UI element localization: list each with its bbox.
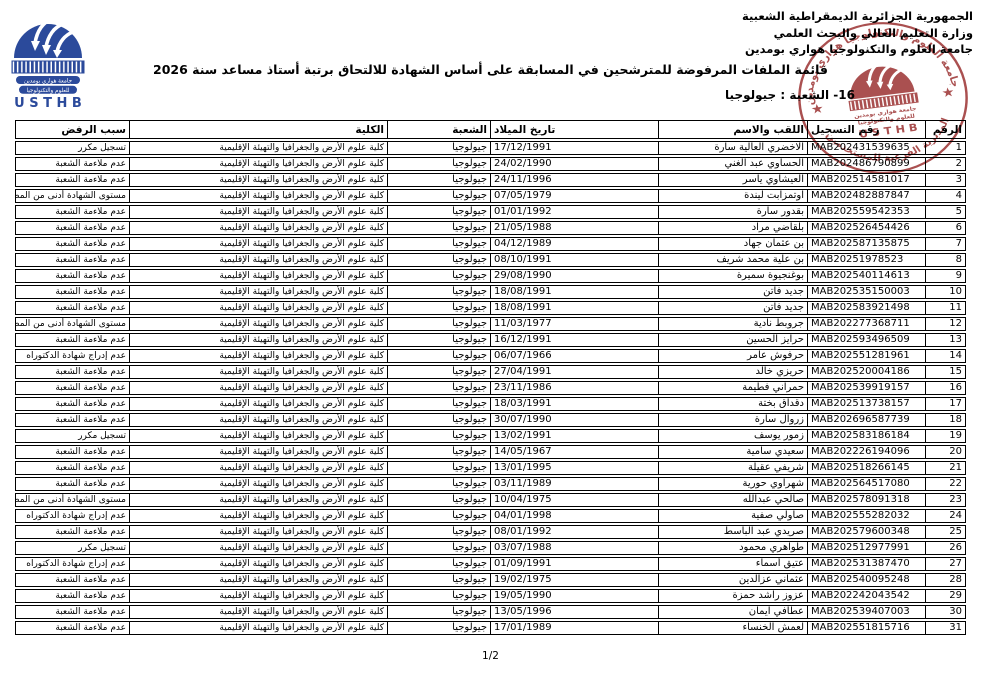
cell-num: 26	[925, 541, 966, 555]
cell-num: 6	[925, 221, 966, 235]
cell-reason: عدم ملاءمة الشعبة	[15, 621, 129, 635]
cell-faculty: كلية علوم الأرض والجغرافيا والتهيئة الإق…	[129, 381, 387, 395]
cell-branch: جيولوجيا	[387, 237, 490, 251]
cell-reason: عدم ملاءمة الشعبة	[15, 173, 129, 187]
cell-reason: عدم إدراج شهادة الدكتوراه	[15, 557, 129, 571]
cell-dob: 18/08/1991	[490, 285, 658, 299]
cell-dob: 18/03/1991	[490, 397, 658, 411]
cell-dob: 27/04/1991	[490, 365, 658, 379]
cell-branch: جيولوجيا	[387, 381, 490, 395]
cell-faculty: كلية علوم الأرض والجغرافيا والتهيئة الإق…	[129, 317, 387, 331]
cell-name: صاولي صفية	[658, 509, 807, 523]
rejected-files-table: الرقمرقم التسجيلاللقب والاسمتاريخ الميلا…	[15, 118, 966, 637]
cell-faculty: كلية علوم الأرض والجغرافيا والتهيئة الإق…	[129, 237, 387, 251]
cell-name: بوغنجيوة سميرة	[658, 269, 807, 283]
cell-dob: 13/05/1996	[490, 605, 658, 619]
cell-num: 3	[925, 173, 966, 187]
cell-dob: 24/02/1990	[490, 157, 658, 171]
cell-dob: 21/05/1988	[490, 221, 658, 235]
cell-reg: MAB202564517080	[807, 477, 925, 491]
cell-dob: 13/01/1995	[490, 461, 658, 475]
cell-branch: جيولوجيا	[387, 269, 490, 283]
cell-reg: MAB202512977991	[807, 541, 925, 555]
cell-reg: MAB202520004186	[807, 365, 925, 379]
cell-name: عثماني عزالدين	[658, 573, 807, 587]
cell-reason: تسجيل مكرر	[15, 141, 129, 155]
cell-branch: جيولوجيا	[387, 621, 490, 635]
cell-reg: MAB202518266145	[807, 461, 925, 475]
cell-reg: MAB202579600348	[807, 525, 925, 539]
cell-num: 29	[925, 589, 966, 603]
cell-dob: 11/03/1977	[490, 317, 658, 331]
document-page: { "header": { "gov_lines": [ "الجمهورية …	[0, 0, 981, 676]
cell-reg: MAB202514581017	[807, 173, 925, 187]
cell-faculty: كلية علوم الأرض والجغرافيا والتهيئة الإق…	[129, 365, 387, 379]
cell-dob: 01/01/1992	[490, 205, 658, 219]
cell-reason: عدم إدراج شهادة الدكتوراه	[15, 509, 129, 523]
cell-dob: 19/02/1975	[490, 573, 658, 587]
cell-num: 31	[925, 621, 966, 635]
table-row: 13MAB202593496509حرايز الحسين16/12/1991ج…	[15, 333, 966, 347]
cell-faculty: كلية علوم الأرض والجغرافيا والتهيئة الإق…	[129, 221, 387, 235]
cell-num: 15	[925, 365, 966, 379]
cell-num: 10	[925, 285, 966, 299]
cell-dob: 01/09/1991	[490, 557, 658, 571]
cell-faculty: كلية علوم الأرض والجغرافيا والتهيئة الإق…	[129, 477, 387, 491]
cell-branch: جيولوجيا	[387, 141, 490, 155]
cell-name: بن علية محمد شريف	[658, 253, 807, 267]
cell-faculty: كلية علوم الأرض والجغرافيا والتهيئة الإق…	[129, 349, 387, 363]
table-row: 8MAB20251978523بن علية محمد شريف08/10/19…	[15, 253, 966, 267]
cell-name: حمراني فطيمة	[658, 381, 807, 395]
cell-reg: MAB202513738157	[807, 397, 925, 411]
cell-reason: عدم ملاءمة الشعبة	[15, 573, 129, 587]
cell-reason: عدم ملاءمة الشعبة	[15, 157, 129, 171]
cell-faculty: كلية علوم الأرض والجغرافيا والتهيئة الإق…	[129, 589, 387, 603]
cell-reason: مستوى الشهادة أدنى من المطلوب	[15, 317, 129, 331]
cell-branch: جيولوجيا	[387, 365, 490, 379]
cell-reason: عدم ملاءمة الشعبة	[15, 253, 129, 267]
cell-num: 2	[925, 157, 966, 171]
cell-branch: جيولوجيا	[387, 605, 490, 619]
cell-reason: تسجيل مكرر	[15, 541, 129, 555]
table-row: 5MAB202559542353بقدور سارة01/01/1992جيول…	[15, 205, 966, 219]
stamp-star-right-icon: ★	[941, 85, 956, 102]
table-row: 15MAB202520004186حريزي خالد27/04/1991جيو…	[15, 365, 966, 379]
cell-reason: عدم ملاءمة الشعبة	[15, 477, 129, 491]
cell-branch: جيولوجيا	[387, 173, 490, 187]
cell-faculty: كلية علوم الأرض والجغرافيا والتهيئة الإق…	[129, 557, 387, 571]
cell-faculty: كلية علوم الأرض والجغرافيا والتهيئة الإق…	[129, 413, 387, 427]
column-header-faculty: الكلية	[129, 120, 387, 139]
cell-reg: MAB202431539635	[807, 141, 925, 155]
cell-faculty: كلية علوم الأرض والجغرافيا والتهيئة الإق…	[129, 429, 387, 443]
cell-faculty: كلية علوم الأرض والجغرافيا والتهيئة الإق…	[129, 189, 387, 203]
cell-reg: MAB202551815716	[807, 621, 925, 635]
cell-reg: MAB202540114613	[807, 269, 925, 283]
cell-num: 21	[925, 461, 966, 475]
cell-reason: تسجيل مكرر	[15, 429, 129, 443]
table-row: 22MAB202564517080شهراوي حورية03/11/1989ج…	[15, 477, 966, 491]
cell-reg: MAB202587135875	[807, 237, 925, 251]
cell-name: العيشاوي ياسر	[658, 173, 807, 187]
table-row: 4MAB202482887847اوتمزابت ليندة07/05/1979…	[15, 189, 966, 203]
table-row: 31MAB202551815716لعمش الخنساء17/01/1989ج…	[15, 621, 966, 635]
cell-num: 20	[925, 445, 966, 459]
cell-reason: عدم ملاءمة الشعبة	[15, 589, 129, 603]
cell-name: طواهري محمود	[658, 541, 807, 555]
table-row: 3MAB202514581017العيشاوي ياسر24/11/1996ج…	[15, 173, 966, 187]
cell-name: الحساوي عبد الغني	[658, 157, 807, 171]
cell-faculty: كلية علوم الأرض والجغرافيا والتهيئة الإق…	[129, 541, 387, 555]
cell-reg: MAB202583186184	[807, 429, 925, 443]
table-row: 12MAB202277368711جروبط نادية11/03/1977جي…	[15, 317, 966, 331]
cell-reason: مستوى الشهادة أدنى من المطلوب	[15, 189, 129, 203]
cell-branch: جيولوجيا	[387, 189, 490, 203]
table-row: 26MAB202512977991طواهري محمود03/07/1988ج…	[15, 541, 966, 555]
cell-faculty: كلية علوم الأرض والجغرافيا والتهيئة الإق…	[129, 605, 387, 619]
cell-reason: عدم ملاءمة الشعبة	[15, 365, 129, 379]
cell-branch: جيولوجيا	[387, 525, 490, 539]
cell-reg: MAB202540095248	[807, 573, 925, 587]
cell-num: 5	[925, 205, 966, 219]
cell-faculty: كلية علوم الأرض والجغرافيا والتهيئة الإق…	[129, 621, 387, 635]
cell-name: جديد فاتن	[658, 285, 807, 299]
cell-branch: جيولوجيا	[387, 493, 490, 507]
table-row: 30MAB202539407003عطافي ايمان13/05/1996جي…	[15, 605, 966, 619]
cell-reg: MAB202482887847	[807, 189, 925, 203]
cell-branch: جيولوجيا	[387, 445, 490, 459]
cell-dob: 08/10/1991	[490, 253, 658, 267]
cell-faculty: كلية علوم الأرض والجغرافيا والتهيئة الإق…	[129, 157, 387, 171]
cell-name: جديد فاتن	[658, 301, 807, 315]
cell-num: 8	[925, 253, 966, 267]
cell-dob: 04/01/1998	[490, 509, 658, 523]
column-header-branch: الشعبة	[387, 120, 490, 139]
cell-num: 4	[925, 189, 966, 203]
cell-reg: MAB202526454426	[807, 221, 925, 235]
column-header-reason: سبب الرفض	[15, 120, 129, 139]
cell-reg: MAB202535150003	[807, 285, 925, 299]
cell-branch: جيولوجيا	[387, 461, 490, 475]
cell-reg: MAB202578091318	[807, 493, 925, 507]
gov-line-republic: الجمهورية الجزائرية الديمقراطية الشعبية	[742, 8, 973, 25]
cell-reason: عدم ملاءمة الشعبة	[15, 397, 129, 411]
cell-reason: عدم ملاءمة الشعبة	[15, 333, 129, 347]
column-header-num: الرقم	[925, 120, 966, 139]
svg-text:جامعة هواري بومدين: جامعة هواري بومدين	[24, 78, 73, 84]
cell-reason: عدم ملاءمة الشعبة	[15, 301, 129, 315]
cell-faculty: كلية علوم الأرض والجغرافيا والتهيئة الإق…	[129, 205, 387, 219]
cell-branch: جيولوجيا	[387, 349, 490, 363]
cell-dob: 17/01/1989	[490, 621, 658, 635]
cell-dob: 30/07/1990	[490, 413, 658, 427]
cell-name: زمور يوسف	[658, 429, 807, 443]
table-row: 11MAB202583921498جديد فاتن18/08/1991جيول…	[15, 301, 966, 315]
cell-reg: MAB202277368711	[807, 317, 925, 331]
table-row: 16MAB202539919157حمراني فطيمة23/11/1986ج…	[15, 381, 966, 395]
cell-dob: 24/11/1996	[490, 173, 658, 187]
cell-reason: عدم ملاءمة الشعبة	[15, 237, 129, 251]
cell-dob: 03/11/1989	[490, 477, 658, 491]
cell-faculty: كلية علوم الأرض والجغرافيا والتهيئة الإق…	[129, 269, 387, 283]
cell-faculty: كلية علوم الأرض والجغرافيا والتهيئة الإق…	[129, 301, 387, 315]
cell-reason: عدم ملاءمة الشعبة	[15, 445, 129, 459]
table-row: 23MAB202578091318صالحي عبدالله10/04/1975…	[15, 493, 966, 507]
cell-branch: جيولوجيا	[387, 397, 490, 411]
cell-reason: عدم إدراج شهادة الدكتوراه	[15, 349, 129, 363]
cell-reg: MAB202559542353	[807, 205, 925, 219]
cell-reason: عدم ملاءمة الشعبة	[15, 381, 129, 395]
cell-num: 23	[925, 493, 966, 507]
svg-text:للعلوم والتكنولوجيا: للعلوم والتكنولوجيا	[27, 87, 70, 94]
cell-reason: عدم ملاءمة الشعبة	[15, 205, 129, 219]
cell-branch: جيولوجيا	[387, 413, 490, 427]
cell-name: بقدور سارة	[658, 205, 807, 219]
cell-branch: جيولوجيا	[387, 333, 490, 347]
cell-branch: جيولوجيا	[387, 301, 490, 315]
cell-dob: 10/04/1975	[490, 493, 658, 507]
cell-name: لعمش الخنساء	[658, 621, 807, 635]
table-header-row: الرقمرقم التسجيلاللقب والاسمتاريخ الميلا…	[15, 120, 966, 139]
cell-name: زروال سارة	[658, 413, 807, 427]
cell-name: بن عثمان جهاد	[658, 237, 807, 251]
cell-num: 30	[925, 605, 966, 619]
cell-faculty: كلية علوم الأرض والجغرافيا والتهيئة الإق…	[129, 573, 387, 587]
cell-dob: 06/07/1966	[490, 349, 658, 363]
cell-branch: جيولوجيا	[387, 557, 490, 571]
cell-num: 16	[925, 381, 966, 395]
cell-dob: 17/12/1991	[490, 141, 658, 155]
cell-name: دقداق بختة	[658, 397, 807, 411]
cell-num: 9	[925, 269, 966, 283]
cell-dob: 08/01/1992	[490, 525, 658, 539]
column-header-name: اللقب والاسم	[658, 120, 807, 139]
cell-num: 17	[925, 397, 966, 411]
cell-reason: عدم ملاءمة الشعبة	[15, 285, 129, 299]
gov-line-university: جامعة العلوم والتكنولوجيا هواري بومدين	[742, 41, 973, 58]
cell-name: حريزي خالد	[658, 365, 807, 379]
cell-reg: MAB202539919157	[807, 381, 925, 395]
specialty-subtitle: 16- الشعبة : جيولوجيا	[725, 88, 855, 102]
gov-line-ministry: وزارة التعليم العالي والبحث العلمي	[742, 25, 973, 42]
cell-reg: MAB202696587739	[807, 413, 925, 427]
cell-branch: جيولوجيا	[387, 589, 490, 603]
page-number: 1/2	[0, 650, 981, 662]
cell-num: 19	[925, 429, 966, 443]
cell-faculty: كلية علوم الأرض والجغرافيا والتهيئة الإق…	[129, 333, 387, 347]
table-row: 29MAB202242043542عزوز راشد حمزة19/05/199…	[15, 589, 966, 603]
table-row: 18MAB202696587739زروال سارة30/07/1990جيو…	[15, 413, 966, 427]
table-row: 1MAB202431539635الاخضري العالية سارة17/1…	[15, 141, 966, 155]
cell-num: 24	[925, 509, 966, 523]
cell-num: 11	[925, 301, 966, 315]
cell-reason: عدم ملاءمة الشعبة	[15, 413, 129, 427]
table-row: 20MAB202226194096سعيدي سامية14/05/1967جي…	[15, 445, 966, 459]
cell-faculty: كلية علوم الأرض والجغرافيا والتهيئة الإق…	[129, 253, 387, 267]
cell-name: بلقاضي مراد	[658, 221, 807, 235]
cell-name: عتيق أسماء	[658, 557, 807, 571]
government-header: الجمهورية الجزائرية الديمقراطية الشعبية …	[742, 8, 973, 58]
cell-num: 14	[925, 349, 966, 363]
table-row: 21MAB202518266145شريفي عقيلة13/01/1995جي…	[15, 461, 966, 475]
cell-reg: MAB202226194096	[807, 445, 925, 459]
cell-dob: 03/07/1988	[490, 541, 658, 555]
cell-branch: جيولوجيا	[387, 509, 490, 523]
cell-faculty: كلية علوم الأرض والجغرافيا والتهيئة الإق…	[129, 173, 387, 187]
cell-num: 22	[925, 477, 966, 491]
table-row: 28MAB202540095248عثماني عزالدين19/02/197…	[15, 573, 966, 587]
cell-num: 25	[925, 525, 966, 539]
cell-dob: 04/12/1989	[490, 237, 658, 251]
table-row: 2MAB202486790899الحساوي عبد الغني24/02/1…	[15, 157, 966, 171]
cell-branch: جيولوجيا	[387, 157, 490, 171]
cell-name: عطافي ايمان	[658, 605, 807, 619]
cell-dob: 18/08/1991	[490, 301, 658, 315]
table-row: 14MAB202551281961حرفوش عامر06/07/1966جيو…	[15, 349, 966, 363]
cell-reason: مستوى الشهادة أدنى من المطلوب	[15, 493, 129, 507]
cell-dob: 19/05/1990	[490, 589, 658, 603]
cell-reg: MAB202555282032	[807, 509, 925, 523]
cell-dob: 13/02/1991	[490, 429, 658, 443]
table-row: 17MAB202513738157دقداق بختة18/03/1991جيو…	[15, 397, 966, 411]
cell-faculty: كلية علوم الأرض والجغرافيا والتهيئة الإق…	[129, 397, 387, 411]
cell-reg: MAB202593496509	[807, 333, 925, 347]
cell-branch: جيولوجيا	[387, 285, 490, 299]
cell-branch: جيولوجيا	[387, 205, 490, 219]
column-header-dob: تاريخ الميلاد	[490, 120, 658, 139]
cell-reason: عدم ملاءمة الشعبة	[15, 269, 129, 283]
cell-branch: جيولوجيا	[387, 477, 490, 491]
cell-faculty: كلية علوم الأرض والجغرافيا والتهيئة الإق…	[129, 509, 387, 523]
cell-faculty: كلية علوم الأرض والجغرافيا والتهيئة الإق…	[129, 461, 387, 475]
cell-reason: عدم ملاءمة الشعبة	[15, 605, 129, 619]
cell-num: 18	[925, 413, 966, 427]
cell-branch: جيولوجيا	[387, 317, 490, 331]
cell-faculty: كلية علوم الأرض والجغرافيا والتهيئة الإق…	[129, 525, 387, 539]
table-row: 24MAB202555282032صاولي صفية04/01/1998جيو…	[15, 509, 966, 523]
table-row: 9MAB202540114613بوغنجيوة سميرة29/08/1990…	[15, 269, 966, 283]
table-row: 19MAB202583186184زمور يوسف13/02/1991جيول…	[15, 429, 966, 443]
cell-reg: MAB202583921498	[807, 301, 925, 315]
cell-name: سعيدي سامية	[658, 445, 807, 459]
cell-branch: جيولوجيا	[387, 253, 490, 267]
cell-dob: 07/05/1979	[490, 189, 658, 203]
cell-num: 28	[925, 573, 966, 587]
cell-faculty: كلية علوم الأرض والجغرافيا والتهيئة الإق…	[129, 285, 387, 299]
page-title: قائمة الملفات المرفوضة للمترشحين في المس…	[0, 62, 981, 77]
usthb-logo: جامعة هواري بومدين للعلوم والتكنولوجيا U…	[10, 8, 86, 110]
cell-num: 13	[925, 333, 966, 347]
table-row: 25MAB202579600348صريدي عبد الباسط08/01/1…	[15, 525, 966, 539]
cell-name: اوتمزابت ليندة	[658, 189, 807, 203]
column-header-reg: رقم التسجيل	[807, 120, 925, 139]
table-row: 6MAB202526454426بلقاضي مراد21/05/1988جيو…	[15, 221, 966, 235]
cell-name: عزوز راشد حمزة	[658, 589, 807, 603]
cell-reason: عدم ملاءمة الشعبة	[15, 461, 129, 475]
cell-dob: 29/08/1990	[490, 269, 658, 283]
cell-num: 27	[925, 557, 966, 571]
cell-reason: عدم ملاءمة الشعبة	[15, 525, 129, 539]
cell-reg: MAB202242043542	[807, 589, 925, 603]
logo-name-strips: جامعة هواري بومدين للعلوم والتكنولوجيا U…	[14, 76, 82, 110]
cell-name: حرايز الحسين	[658, 333, 807, 347]
cell-branch: جيولوجيا	[387, 221, 490, 235]
cell-branch: جيولوجيا	[387, 541, 490, 555]
cell-dob: 14/05/1967	[490, 445, 658, 459]
stamp-star-left-icon: ★	[810, 101, 825, 118]
cell-dob: 16/12/1991	[490, 333, 658, 347]
table-row: 10MAB202535150003جديد فاتن18/08/1991جيول…	[15, 285, 966, 299]
cell-name: شهراوي حورية	[658, 477, 807, 491]
cell-reg: MAB20251978523	[807, 253, 925, 267]
cell-num: 1	[925, 141, 966, 155]
cell-faculty: كلية علوم الأرض والجغرافيا والتهيئة الإق…	[129, 493, 387, 507]
cell-faculty: كلية علوم الأرض والجغرافيا والتهيئة الإق…	[129, 141, 387, 155]
cell-reg: MAB202539407003	[807, 605, 925, 619]
logo-acronym: U S T H B	[14, 96, 82, 110]
cell-name: صالحي عبدالله	[658, 493, 807, 507]
cell-reg: MAB202551281961	[807, 349, 925, 363]
cell-faculty: كلية علوم الأرض والجغرافيا والتهيئة الإق…	[129, 445, 387, 459]
cell-name: صريدي عبد الباسط	[658, 525, 807, 539]
cell-dob: 23/11/1986	[490, 381, 658, 395]
cell-reg: MAB202486790899	[807, 157, 925, 171]
cell-name: حرفوش عامر	[658, 349, 807, 363]
cell-name: الاخضري العالية سارة	[658, 141, 807, 155]
cell-num: 7	[925, 237, 966, 251]
cell-branch: جيولوجيا	[387, 573, 490, 587]
table-row: 7MAB202587135875بن عثمان جهاد04/12/1989ج…	[15, 237, 966, 251]
cell-name: جروبط نادية	[658, 317, 807, 331]
cell-reg: MAB202531387470	[807, 557, 925, 571]
cell-reason: عدم ملاءمة الشعبة	[15, 221, 129, 235]
cell-branch: جيولوجيا	[387, 429, 490, 443]
table-row: 27MAB202531387470عتيق أسماء01/09/1991جيو…	[15, 557, 966, 571]
cell-name: شريفي عقيلة	[658, 461, 807, 475]
cell-num: 12	[925, 317, 966, 331]
